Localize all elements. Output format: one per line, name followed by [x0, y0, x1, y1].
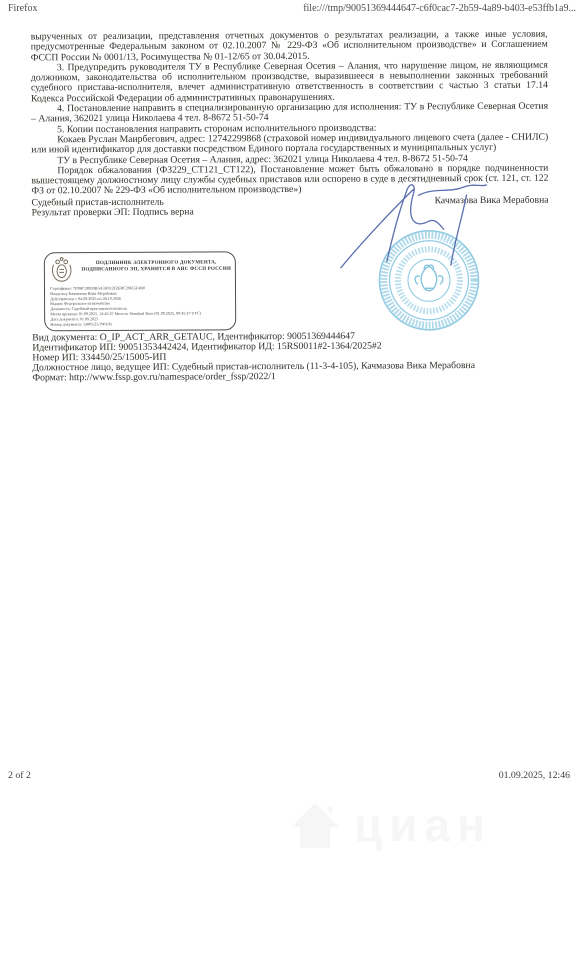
handwritten-signature — [328, 177, 504, 278]
paragraph-continuation: вырученных от реализации, представления … — [31, 30, 548, 64]
print-datetime: 01.09.2025, 12:46 — [499, 770, 570, 781]
paragraph-4: 4. Постановление направить в специализир… — [31, 102, 548, 125]
stamp-box-title: ПОДЛИННИК ЭЛЕКТРОННОГО ДОКУМЕНТА, ПОДПИС… — [78, 256, 235, 272]
house-icon — [288, 800, 342, 850]
print-header: Firefox file:///tmp/90051369444647-c6f0c… — [8, 3, 576, 14]
stamp-box-content: ПОДЛИННИК ЭЛЕКТРОННОГО ДОКУМЕНТА, ПОДПИС… — [45, 252, 236, 327]
paragraph-3: 3. Предупредить руководителя ТУ в Респуб… — [31, 61, 548, 105]
document-metadata: Вид документа: O_IP_ACT_ARR_GETAUC, Иден… — [32, 331, 475, 384]
meta-format: Формат: http://www.fssp.gov.ru/namespace… — [32, 371, 475, 383]
coat-of-arms-icon — [50, 257, 73, 283]
stamp-box-details: Сертификат: 7F9BC38933B5A3A912F2EBC29655… — [50, 285, 235, 327]
watermark: циан — [288, 798, 492, 852]
paragraph-5-party-1: Кокаев Руслан Маирбегович, адрес: 127422… — [31, 133, 548, 156]
page-number: 2 of 2 — [8, 770, 31, 781]
watermark-text: циан — [354, 798, 492, 852]
browser-app-label: Firefox — [8, 3, 37, 14]
stamp-line-doc-number: Номер документа: 13005/25/790193 — [50, 321, 234, 327]
electronic-signature-stamp-box: ПОДЛИННИК ЭЛЕКТРОННОГО ДОКУМЕНТА, ПОДПИС… — [44, 251, 236, 331]
browser-url: file:///tmp/90051369444647-c6f0cac7-2b59… — [303, 3, 576, 14]
